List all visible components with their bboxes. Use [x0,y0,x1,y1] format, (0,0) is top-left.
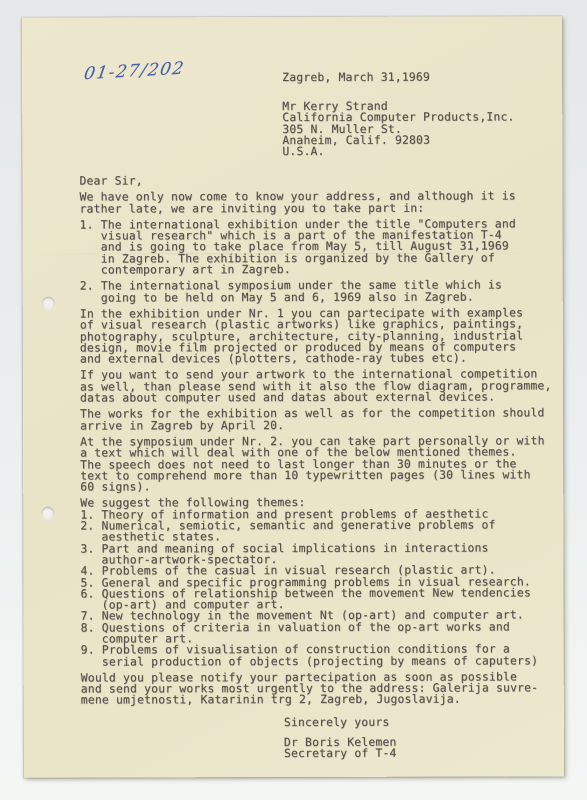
letter-body: Dear Sir, We have only now come to know … [79,174,558,706]
dateline: Zagreb, March 31,1969 [282,72,430,84]
text-line: going to be held on May 5 and 6, 1969 al… [80,291,558,304]
text-line: text to comprehend more than 10 typewrit… [80,469,558,482]
salutation: Dear Sir, [79,174,557,187]
text-line: Secretary of T-4 [284,748,397,760]
paragraph: 1. The international exhibition under th… [80,218,558,276]
text-line: rather late, we are inviting you to take… [79,202,557,215]
paragraph: We have only now come to know your addre… [79,191,557,215]
paragraph: We suggest the following themes:1. Theor… [80,497,558,668]
paragraph: The works for the exhibition as well as … [80,408,558,432]
punch-hole [41,507,54,520]
text-line: datas about computer used and datas abou… [80,391,558,404]
text-line: and external devices (plotters, cathode-… [80,352,558,365]
paragraph: 2. The international symposium under the… [80,280,558,304]
text-line: contemporary art in Zagreb. [80,263,558,276]
text-line: U.S.A. [282,146,514,158]
punch-hole [42,297,55,310]
closing: Sincerely yours [284,717,390,729]
paragraph: At the symposium under Nr. 2. you can ta… [80,435,558,493]
paragraph: Would you please notify your partecipati… [81,671,559,706]
text-line: serial production of objects (projecting… [81,655,559,668]
file-number-annotation: 01-27/202 [83,59,187,85]
text-line: arrive in Zagreb by April 20. [80,419,558,432]
paragraph: In the exhibition under Nr. 1 you can pa… [80,307,558,365]
letter-page: 01-27/202 Zagreb, March 31,1969 Mr Kerry… [22,16,564,777]
recipient-address: Mr Kerry StrandCalifornia Computer Produ… [282,100,514,157]
paragraph: If you want to send your artwork to the … [80,369,558,404]
text-line: mene umjetnosti, Katarinin trg 2, Zagreb… [81,694,559,707]
signature-block: Dr Boris KelemenSecretary of T-4 [284,737,397,760]
letter-paragraphs: We have only now come to know your addre… [79,191,558,707]
